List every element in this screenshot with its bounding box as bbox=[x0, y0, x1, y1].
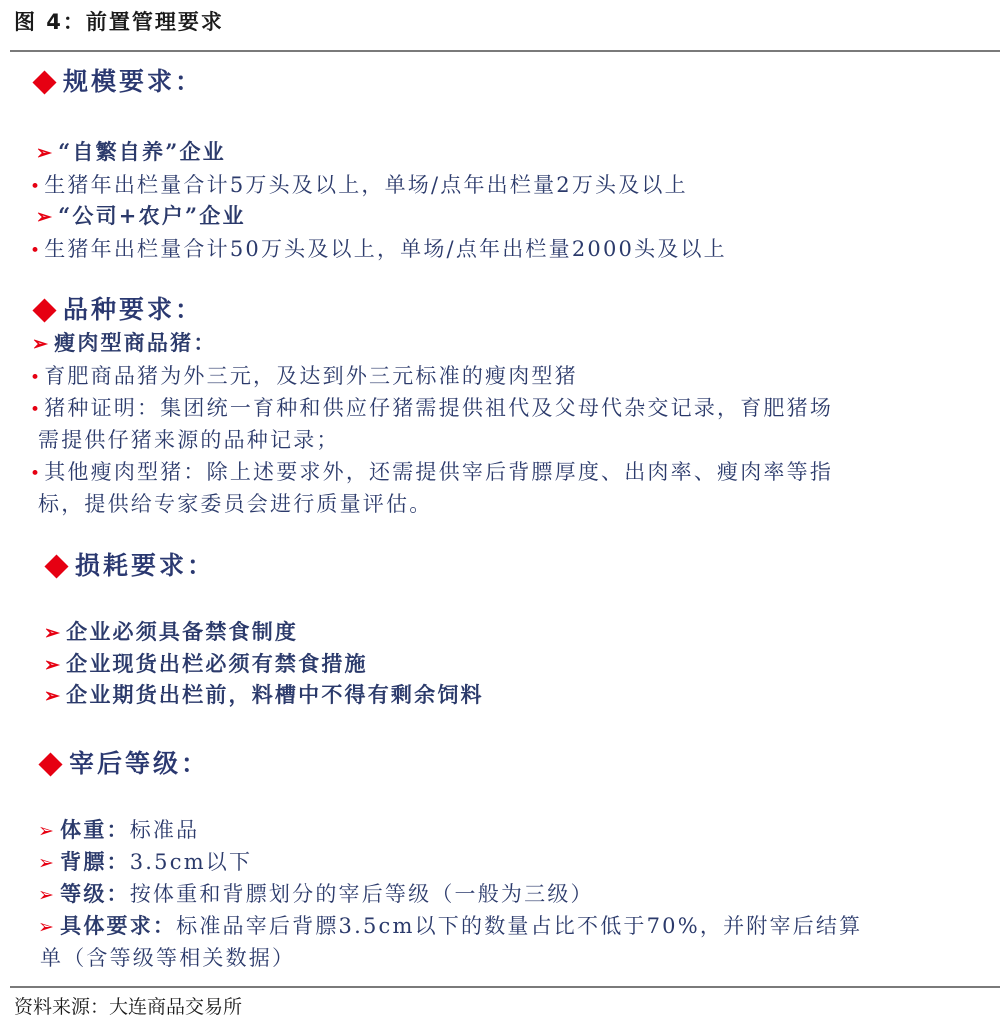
list-item-continuation: 单（含等级等相关数据） bbox=[40, 942, 295, 972]
item-text: 瘦肉型商品猪： bbox=[54, 330, 216, 355]
arrow-bullet-icon: ➢ bbox=[32, 333, 50, 355]
item-label: 背膘： bbox=[60, 849, 130, 874]
diamond-bullet-icon bbox=[32, 298, 56, 322]
list-item-continuation: 标，提供给专家委员会进行质量评估。 bbox=[38, 488, 432, 518]
dot-bullet-icon: • bbox=[30, 400, 42, 420]
diamond-bullet-icon bbox=[44, 554, 68, 578]
heading-text: 规模要求： bbox=[63, 67, 203, 96]
arrow-bullet-icon: ➢ bbox=[38, 916, 56, 938]
section-heading-grade: 宰后等级： bbox=[38, 744, 209, 780]
item-text: “自繁自养”企业 bbox=[58, 139, 226, 164]
dot-bullet-icon: • bbox=[30, 368, 42, 388]
dot-bullet-icon: • bbox=[30, 241, 42, 261]
item-text: 标准品宰后背膘3.5cm以下的数量占比不低于70%，并附宰后结算 bbox=[176, 914, 862, 938]
dot-bullet-icon: • bbox=[30, 464, 42, 484]
list-item: ➢背膘：3.5cm以下 bbox=[38, 846, 252, 876]
section-heading-breed: 品种要求： bbox=[32, 290, 203, 326]
arrow-bullet-icon: ➢ bbox=[36, 206, 54, 228]
item-label: 体重： bbox=[60, 817, 130, 842]
item-text: 标准品 bbox=[130, 818, 200, 842]
diamond-bullet-icon bbox=[32, 70, 56, 94]
item-text: 需提供仔猪来源的品种记录； bbox=[38, 428, 340, 452]
list-item: ➢瘦肉型商品猪： bbox=[32, 327, 217, 357]
item-text: “公司+农户”企业 bbox=[58, 203, 246, 228]
arrow-bullet-icon: ➢ bbox=[44, 654, 62, 676]
list-item: •生猪年出栏量合计5万头及以上，单场/点年出栏量2万头及以上 bbox=[30, 169, 688, 199]
list-item: ➢企业期货出栏前，料槽中不得有剩余饲料 bbox=[44, 679, 484, 709]
arrow-bullet-icon: ➢ bbox=[38, 820, 56, 842]
item-text: 标，提供给专家委员会进行质量评估。 bbox=[38, 492, 432, 516]
item-text: 育肥商品猪为外三元，及达到外三元标准的瘦肉型猪 bbox=[44, 364, 578, 388]
list-item: ➢“公司+农户”企业 bbox=[36, 200, 246, 230]
list-item: ➢等级：按体重和背膘划分的宰后等级（一般为三级） bbox=[38, 878, 594, 908]
source-note: 资料来源：大连商品交易所 bbox=[14, 992, 242, 1019]
list-item: ➢企业必须具备禁食制度 bbox=[44, 616, 298, 646]
arrow-bullet-icon: ➢ bbox=[44, 622, 62, 644]
list-item: •生猪年出栏量合计50万头及以上，单场/点年出栏量2000头及以上 bbox=[30, 233, 727, 263]
item-label: 具体要求： bbox=[60, 913, 176, 938]
list-item: •育肥商品猪为外三元，及达到外三元标准的瘦肉型猪 bbox=[30, 360, 578, 390]
item-text: 企业必须具备禁食制度 bbox=[66, 619, 298, 644]
arrow-bullet-icon: ➢ bbox=[38, 852, 56, 874]
item-text: 猪种证明：集团统一育种和供应仔猪需提供祖代及父母代杂交记录，育肥猪场 bbox=[44, 396, 833, 420]
list-item: ➢企业现货出栏必须有禁食措施 bbox=[44, 648, 368, 678]
item-text: 3.5cm以下 bbox=[130, 850, 252, 874]
list-item: ➢体重：标准品 bbox=[38, 814, 199, 844]
list-item: ➢具体要求：标准品宰后背膘3.5cm以下的数量占比不低于70%，并附宰后结算 bbox=[38, 910, 862, 940]
heading-text: 损耗要求： bbox=[75, 551, 215, 580]
slide-content: 规模要求： ➢“自繁自养”企业 •生猪年出栏量合计5万头及以上，单场/点年出栏量… bbox=[0, 52, 1000, 984]
list-item: ➢“自繁自养”企业 bbox=[36, 136, 226, 166]
section-heading-loss: 损耗要求： bbox=[44, 546, 215, 582]
list-item: •猪种证明：集团统一育种和供应仔猪需提供祖代及父母代杂交记录，育肥猪场 bbox=[30, 392, 833, 422]
item-text: 其他瘦肉型猪：除上述要求外，还需提供宰后背膘厚度、出肉率、瘦肉率等指 bbox=[44, 460, 833, 484]
dot-bullet-icon: • bbox=[30, 177, 42, 197]
list-item-continuation: 需提供仔猪来源的品种记录； bbox=[38, 424, 340, 454]
figure-title: 图 4：前置管理要求 bbox=[14, 6, 224, 36]
item-text: 按体重和背膘划分的宰后等级（一般为三级） bbox=[130, 882, 594, 906]
arrow-bullet-icon: ➢ bbox=[36, 142, 54, 164]
diamond-bullet-icon bbox=[38, 752, 62, 776]
heading-text: 品种要求： bbox=[63, 295, 203, 324]
item-text: 生猪年出栏量合计50万头及以上，单场/点年出栏量2000头及以上 bbox=[44, 237, 727, 261]
heading-text: 宰后等级： bbox=[69, 749, 209, 778]
item-text: 企业期货出栏前，料槽中不得有剩余饲料 bbox=[66, 682, 484, 707]
arrow-bullet-icon: ➢ bbox=[44, 685, 62, 707]
item-text: 生猪年出栏量合计5万头及以上，单场/点年出栏量2万头及以上 bbox=[44, 173, 688, 197]
section-heading-scale: 规模要求： bbox=[32, 62, 203, 98]
list-item: •其他瘦肉型猪：除上述要求外，还需提供宰后背膘厚度、出肉率、瘦肉率等指 bbox=[30, 456, 833, 486]
bottom-divider bbox=[10, 986, 1000, 988]
item-label: 等级： bbox=[60, 881, 130, 906]
item-text: 单（含等级等相关数据） bbox=[40, 946, 295, 970]
arrow-bullet-icon: ➢ bbox=[38, 884, 56, 906]
item-text: 企业现货出栏必须有禁食措施 bbox=[66, 651, 368, 676]
